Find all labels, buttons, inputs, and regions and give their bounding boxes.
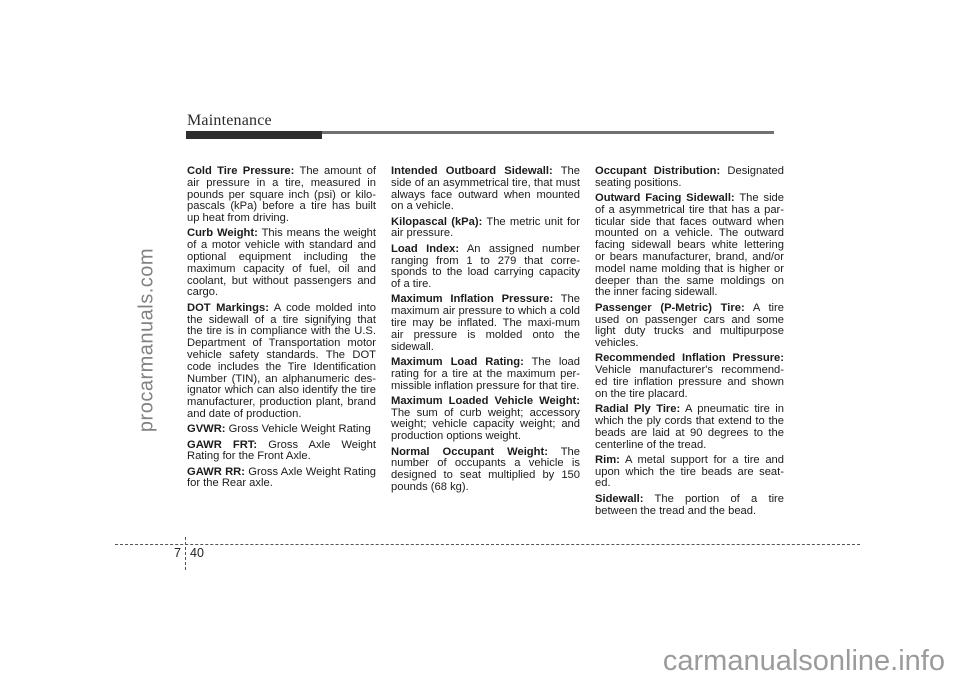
section-title: Maintenance <box>187 112 272 130</box>
definition-term: Maximum Loaded Vehicle Weight: <box>391 395 580 407</box>
manual-page: procarmanuals.com Maintenance Cold Tire … <box>0 0 960 679</box>
definition-term: Maximum Inflation Pressure: <box>391 293 553 305</box>
watermark-left-vertical: procarmanuals.com <box>136 248 159 432</box>
definition-term: Sidewall: <box>595 493 644 505</box>
definition-text: Gross Vehicle Weight Rating <box>229 423 371 435</box>
definition-term: Radial Ply Tire: <box>595 403 680 415</box>
definition: Curb Weight: This means the weight of a … <box>187 228 376 299</box>
definition: Intended Outboard Sidewall: The side of … <box>391 166 580 213</box>
definition: Load Index: An assigned number ranging f… <box>391 244 580 291</box>
definition-text: The side of a asymmetrical tire that has… <box>595 192 784 298</box>
footer-vertical-dash <box>185 537 186 570</box>
definition-term: Maximum Load Rating: <box>391 356 524 368</box>
definition: Radial Ply Tire: A pneumatic tire in whi… <box>595 404 784 451</box>
definition-term: Outward Facing Sidewall: <box>595 192 735 204</box>
definition: Passenger (P-Metric) Tire: A tire used o… <box>595 303 784 350</box>
definition-term: Kilopascal (kPa): <box>391 216 482 228</box>
definition-term: Load Index: <box>391 243 459 255</box>
header-bar <box>186 131 322 139</box>
definition-text: The sum of curb weight; accessory weight… <box>391 407 580 443</box>
definition-term: Rim: <box>595 454 620 466</box>
definition: Normal Occupant Weight: The number of oc… <box>391 447 580 494</box>
column-right: Occupant Distribution: Designated seatin… <box>595 166 784 521</box>
definition-term: Occupant Distribution: <box>595 165 720 177</box>
definition-text: A code molded into the sidewall of a tir… <box>187 302 376 420</box>
definition: Sidewall: The portion of a tire between … <box>595 494 784 518</box>
definition-term: Normal Occupant Weight: <box>391 446 548 458</box>
definition: Maximum Loaded Vehicle Weight: The sum o… <box>391 396 580 443</box>
definition-term: Recommended Inflation Pressure: <box>595 352 784 364</box>
definition: GVWR: Gross Vehicle Weight Rating <box>187 424 376 436</box>
definition-text: Vehicle manufacturer's recommend-ed tire… <box>595 364 784 400</box>
definition-term: Cold Tire Pressure: <box>187 165 294 177</box>
definition: Kilopascal (kPa): The metric unit for ai… <box>391 217 580 241</box>
definition-term: Passenger (P-Metric) Tire: <box>595 302 745 314</box>
column-left: Cold Tire Pressure: The amount of air pr… <box>187 166 376 494</box>
definition: Rim: A metal support for a tire and upon… <box>595 455 784 490</box>
definition: Occupant Distribution: Designated seatin… <box>595 166 784 190</box>
definition-term: Curb Weight: <box>187 227 258 239</box>
definition: Cold Tire Pressure: The amount of air pr… <box>187 166 376 225</box>
definition-term: GVWR: <box>187 423 226 435</box>
definition: Maximum Inflation Pressure: The maximum … <box>391 294 580 353</box>
watermark-bottom-right: carmanualsonline.info <box>663 645 945 678</box>
definition-text: A metal support for a tire and upon whic… <box>595 454 784 490</box>
definition: Maximum Load Rating: The load rating for… <box>391 357 580 392</box>
header-rule <box>322 131 774 134</box>
definition: Outward Facing Sidewall: The side of a a… <box>595 193 784 299</box>
column-middle: Intended Outboard Sidewall: The side of … <box>391 166 580 497</box>
footer-dashed-rule <box>115 544 860 545</box>
page-number: 40 <box>190 546 204 560</box>
definition-term: Intended Outboard Sidewall: <box>391 165 553 177</box>
definition: DOT Markings: A code molded into the sid… <box>187 303 376 421</box>
chapter-number: 7 <box>163 546 181 560</box>
definition: GAWR RR: Gross Axle Weight Rating for th… <box>187 467 376 491</box>
definition-term: GAWR FRT: <box>187 439 257 451</box>
definition: Recommended Inflation Pressure: Vehicle … <box>595 353 784 400</box>
definition-term: DOT Markings: <box>187 302 269 314</box>
definition-term: GAWR RR: <box>187 466 245 478</box>
definition: GAWR FRT: Gross Axle Weight Rating for t… <box>187 440 376 464</box>
